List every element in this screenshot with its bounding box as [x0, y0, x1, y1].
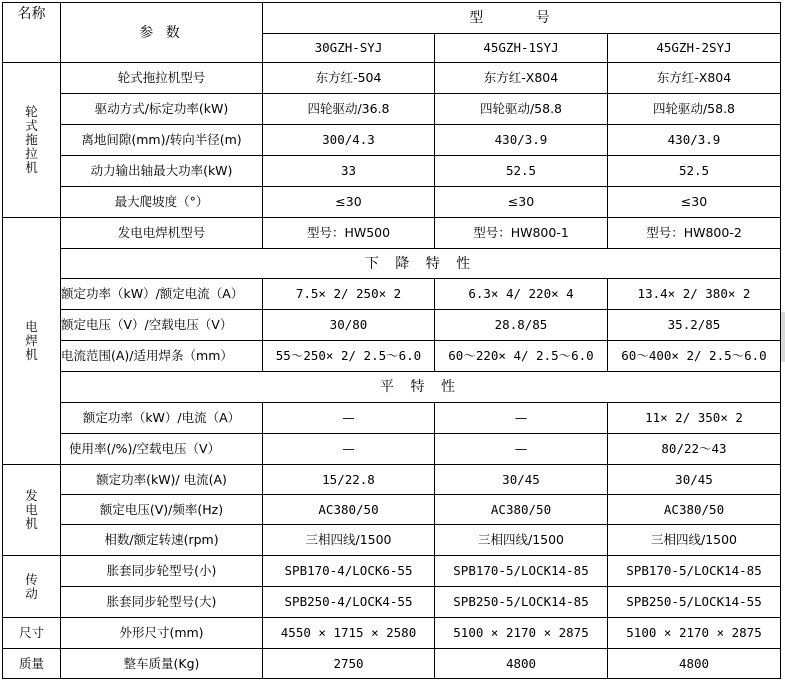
value-cell: 东方红-504 [263, 63, 435, 94]
value-cell: 三相四线/1500 [263, 525, 435, 556]
value-cell: 35.2/85 [608, 310, 781, 341]
model-group-header: 型 号 [263, 3, 781, 34]
param-label: 额定功率（kW）/电流（A） [61, 403, 263, 434]
value-cell: 430/3.9 [608, 125, 781, 156]
value-cell: — [263, 403, 435, 434]
param-label: 轮式拖拉机型号 [61, 63, 263, 94]
value-cell: 430/3.9 [435, 125, 608, 156]
param-label: 电流范围(A)/适用焊条（mm） [61, 341, 263, 372]
param-label: 额定电压（V）/空载电压（V） [61, 310, 263, 341]
value-cell: — [435, 434, 608, 465]
value-cell: 80/22～43 [608, 434, 781, 465]
param-column-header: 参 数 [61, 3, 263, 63]
value-cell: 四轮驱动/36.8 [263, 94, 435, 125]
table-row: 轮式拖拉机 轮式拖拉机型号 东方红-504 东方红-X804 东方红-X804 [3, 63, 781, 94]
value-cell: 4550 × 1715 × 2580 [263, 618, 435, 649]
category-tractor: 轮式拖拉机 [3, 63, 61, 218]
param-label: 胀套同步轮型号(小) [61, 556, 263, 587]
value-cell: 型号：HW500 [263, 218, 435, 249]
category-mass: 质量 [3, 649, 61, 679]
table-row: 相数/额定转速(rpm) 三相四线/1500 三相四线/1500 三相四线/15… [3, 525, 781, 556]
param-label: 胀套同步轮型号(大) [61, 587, 263, 618]
param-label: 整车质量(Kg) [61, 649, 263, 679]
param-label: 最大爬坡度（°） [61, 187, 263, 218]
param-label: 离地间隙(mm)/转向半径(m) [61, 125, 263, 156]
value-cell: 52.5 [608, 156, 781, 187]
model-header: 45GZH-2SYJ [608, 34, 781, 63]
table-row: 离地间隙(mm)/转向半径(m) 300/4.3 430/3.9 430/3.9 [3, 125, 781, 156]
value-cell: SPB250-5/LOCK14-55 [608, 587, 781, 618]
table-row: 额定电压（V）/空载电压（V） 30/80 28.8/85 35.2/85 [3, 310, 781, 341]
value-cell: 7.5× 2/ 250× 2 [263, 279, 435, 310]
model-header: 30GZH-SYJ [263, 34, 435, 63]
value-cell: 4800 [608, 649, 781, 679]
value-cell: 四轮驱动/58.8 [608, 94, 781, 125]
table-row: 电焊机 发电电焊机型号 型号：HW500 型号：HW800-1 型号：HW800… [3, 218, 781, 249]
value-cell: — [435, 403, 608, 434]
section-title-flat: 平 特 性 [61, 372, 781, 403]
param-label: 相数/额定转速(rpm) [61, 525, 263, 556]
value-cell: SPB170-4/LOCK6-55 [263, 556, 435, 587]
value-cell: 30/45 [608, 465, 781, 495]
param-label: 使用率(/%)/空载电压（V） [61, 434, 263, 465]
table-row: 额定电压(V)/频率(Hz) AC380/50 AC380/50 AC380/5… [3, 495, 781, 525]
value-cell: ≤30 [263, 187, 435, 218]
param-label: 额定功率（kW）/额定电流（A） [61, 279, 263, 310]
value-cell: SPB170-5/LOCK14-85 [608, 556, 781, 587]
value-cell: — [263, 434, 435, 465]
section-row: 平 特 性 [3, 372, 781, 403]
param-label: 驱动方式/标定功率(kW) [61, 94, 263, 125]
section-row: 下 降 特 性 [3, 249, 781, 279]
section-title-drooping: 下 降 特 性 [61, 249, 781, 279]
table-row: 使用率(/%)/空载电压（V） — — 80/22～43 [3, 434, 781, 465]
value-cell: 6.3× 4/ 220× 4 [435, 279, 608, 310]
value-cell: 型号：HW800-1 [435, 218, 608, 249]
value-cell: AC380/50 [608, 495, 781, 525]
category-transmission: 传动 [3, 556, 61, 618]
value-cell: 33 [263, 156, 435, 187]
value-cell: 三相四线/1500 [608, 525, 781, 556]
value-cell: 4800 [435, 649, 608, 679]
value-cell: 52.5 [435, 156, 608, 187]
param-label: 发电电焊机型号 [61, 218, 263, 249]
value-cell: 东方红-X804 [608, 63, 781, 94]
value-cell: 60～220× 4/ 2.5～6.0 [435, 341, 608, 372]
resize-handle [781, 312, 785, 362]
value-cell: SPB250-5/LOCK14-85 [435, 587, 608, 618]
param-label: 额定电压(V)/频率(Hz) [61, 495, 263, 525]
value-cell: 5100 × 2170 × 2875 [608, 618, 781, 649]
category-welder: 电焊机 [3, 218, 61, 465]
value-cell: 2750 [263, 649, 435, 679]
param-label: 动力输出轴最大功率(kW) [61, 156, 263, 187]
param-label: 外形尺寸(mm) [61, 618, 263, 649]
table-row: 尺寸 外形尺寸(mm) 4550 × 1715 × 2580 5100 × 21… [3, 618, 781, 649]
value-cell: 5100 × 2170 × 2875 [435, 618, 608, 649]
value-cell: ≤30 [608, 187, 781, 218]
table-row: 最大爬坡度（°） ≤30 ≤30 ≤30 [3, 187, 781, 218]
value-cell: 15/22.8 [263, 465, 435, 495]
value-cell: AC380/50 [435, 495, 608, 525]
value-cell: 四轮驱动/58.8 [435, 94, 608, 125]
value-cell: ≤30 [435, 187, 608, 218]
value-cell: 55～250× 2/ 2.5～6.0 [263, 341, 435, 372]
table-row: 驱动方式/标定功率(kW) 四轮驱动/36.8 四轮驱动/58.8 四轮驱动/5… [3, 94, 781, 125]
value-cell: 60～400× 2/ 2.5～6.0 [608, 341, 781, 372]
value-cell: 型号：HW800-2 [608, 218, 781, 249]
value-cell: 11× 2/ 350× 2 [608, 403, 781, 434]
category-generator: 发电机 [3, 465, 61, 556]
value-cell: 13.4× 2/ 380× 2 [608, 279, 781, 310]
value-cell: SPB250-4/LOCK4-55 [263, 587, 435, 618]
value-cell: 东方红-X804 [435, 63, 608, 94]
table-row: 传动 胀套同步轮型号(小) SPB170-4/LOCK6-55 SPB170-5… [3, 556, 781, 587]
table-row: 发电机 额定功率(kW)/ 电流(A) 15/22.8 30/45 30/45 [3, 465, 781, 495]
category-size: 尺寸 [3, 618, 61, 649]
table-row: 额定功率（kW）/额定电流（A） 7.5× 2/ 250× 2 6.3× 4/ … [3, 279, 781, 310]
value-cell: AC380/50 [263, 495, 435, 525]
value-cell: 三相四线/1500 [435, 525, 608, 556]
table-row: 动力输出轴最大功率(kW) 33 52.5 52.5 [3, 156, 781, 187]
value-cell: 300/4.3 [263, 125, 435, 156]
header-row: 名称 参 数 型 号 [3, 3, 781, 34]
value-cell: SPB170-5/LOCK14-85 [435, 556, 608, 587]
value-cell: 30/80 [263, 310, 435, 341]
value-cell: 28.8/85 [435, 310, 608, 341]
value-cell: 30/45 [435, 465, 608, 495]
table-row: 质量 整车质量(Kg) 2750 4800 4800 [3, 649, 781, 679]
table-row: 额定功率（kW）/电流（A） — — 11× 2/ 350× 2 [3, 403, 781, 434]
spec-table: 名称 参 数 型 号 30GZH-SYJ 45GZH-1SYJ 45GZH-2S… [2, 2, 781, 679]
name-column-header: 名称 [3, 3, 61, 63]
param-label: 额定功率(kW)/ 电流(A) [61, 465, 263, 495]
table-row: 胀套同步轮型号(大) SPB250-4/LOCK4-55 SPB250-5/LO… [3, 587, 781, 618]
table-row: 电流范围(A)/适用焊条（mm） 55～250× 2/ 2.5～6.0 60～2… [3, 341, 781, 372]
model-header: 45GZH-1SYJ [435, 34, 608, 63]
